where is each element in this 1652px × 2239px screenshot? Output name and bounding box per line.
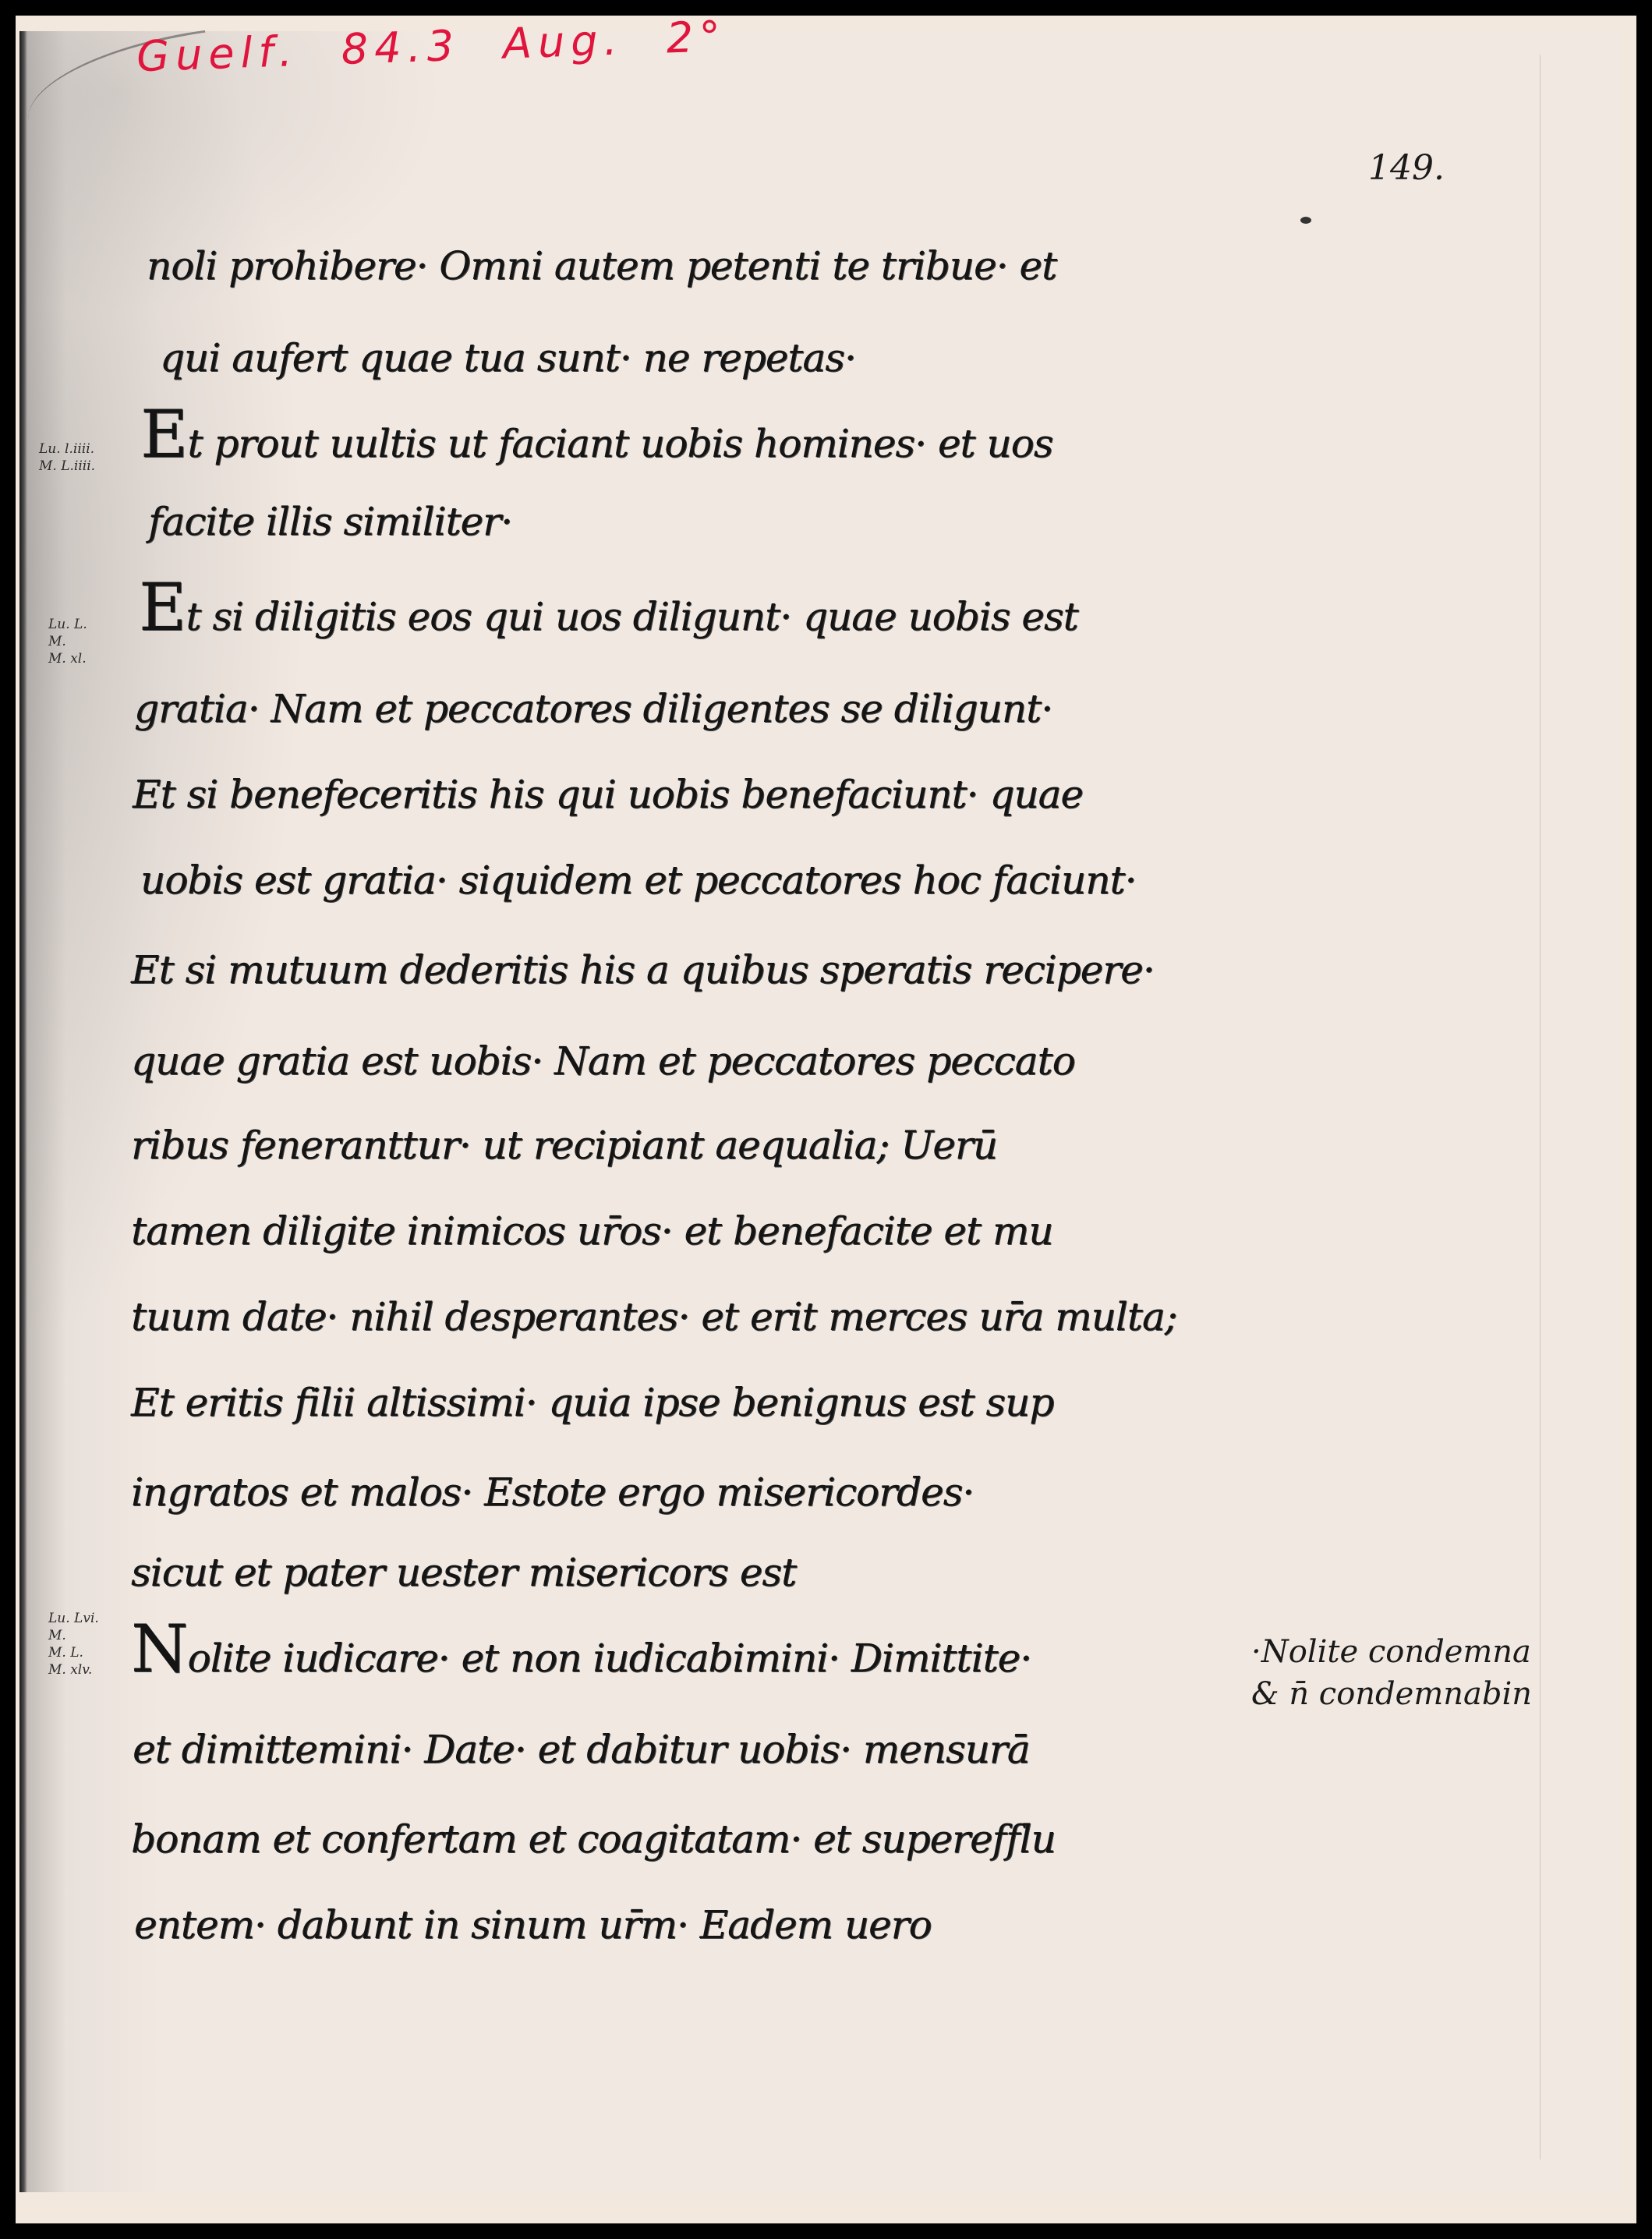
leaf-gutter-edge bbox=[19, 31, 27, 2192]
text-line-6: gratia· Nam et peccatores diligentes se … bbox=[134, 686, 1052, 731]
text-line-2: qui aufert quae tua sunt· ne repetas· bbox=[160, 335, 856, 380]
text-line-13: tuum date· nihil desperantes· et erit me… bbox=[131, 1294, 1177, 1339]
text-line-8: uobis est gratia· siquidem et peccatores… bbox=[140, 858, 1136, 903]
text-line-12: tamen diligite inimicos ur̄os· et benefa… bbox=[131, 1208, 1053, 1254]
marginal-gloss-line-1: ·Nolite condemna bbox=[1251, 1631, 1532, 1673]
text-line-18: et dimittemini· Date· et dabitur uobis· … bbox=[133, 1727, 1030, 1772]
text-line-17: Nolite iudicare· et non iudicabimini· Di… bbox=[131, 1636, 1031, 1681]
text-line-15: ingratos et malos· Estote ergo misericor… bbox=[131, 1470, 974, 1515]
marginal-concordance-note-3: Lu. Lvi. M. M. L. M. xlv. bbox=[48, 1610, 99, 1678]
text-line-1: noli prohibere· Omni autem petenti te tr… bbox=[147, 243, 1056, 288]
text-line-19: bonam et confertam et coagitatam· et sup… bbox=[131, 1816, 1056, 1862]
right-margin-fold-line bbox=[1540, 55, 1541, 2159]
text-line-9: Et si mutuum dederitis his a quibus sper… bbox=[131, 947, 1155, 992]
marginal-gloss-line-2: & n̄ condemnabin bbox=[1251, 1673, 1532, 1715]
initial-letter: E bbox=[140, 396, 187, 472]
text-line-16: sicut et pater uester misericors est bbox=[131, 1550, 796, 1595]
marginal-concordance-note-1: Lu. l.iiii. M. L.iiii. bbox=[39, 440, 95, 475]
text-line-14: Et eritis filii altissimi· quia ipse ben… bbox=[131, 1380, 1053, 1425]
text-line-11: ribus feneranttur· ut recipiant aequalia… bbox=[131, 1123, 997, 1168]
text-line-4: facite illis similiter· bbox=[148, 499, 512, 544]
text-line-10: quae gratia est uobis· Nam et peccatores… bbox=[131, 1038, 1075, 1084]
marginal-concordance-note-2: Lu. L. M. M. xl. bbox=[48, 616, 87, 667]
ink-speck bbox=[1300, 217, 1311, 224]
folio-number: 149. bbox=[1368, 148, 1445, 188]
marginal-gloss-right: ·Nolite condemna & n̄ condemnabin bbox=[1251, 1631, 1532, 1715]
text-line-3: Et prout uultis ut faciant uobis homines… bbox=[140, 421, 1052, 466]
initial-letter: N bbox=[131, 1611, 188, 1687]
text-line-7: Et si benefeceritis his qui uobis benefa… bbox=[133, 772, 1083, 817]
initial-letter: E bbox=[139, 569, 186, 646]
text-line-5: Et si diligitis eos qui uos diligunt· qu… bbox=[139, 594, 1078, 639]
text-line-20: entem· dabunt in sinum ur̄m· Eadem uero bbox=[134, 1902, 932, 1947]
